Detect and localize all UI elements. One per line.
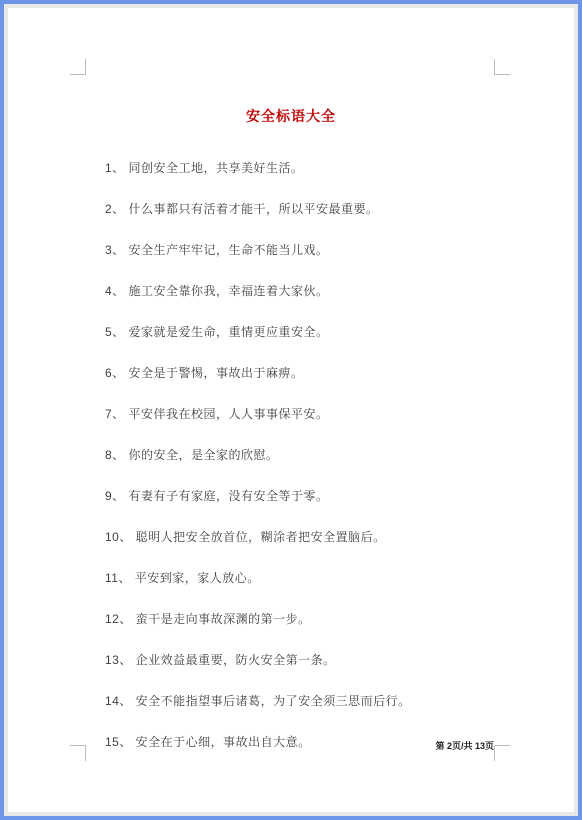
slogan-item-6: 6、 安全是于警惕，事故出于麻痹。 xyxy=(105,367,534,380)
slogan-item-10: 10、 聪明人把安全放首位，糊涂者把安全置脑后。 xyxy=(105,531,534,544)
slogan-item-13: 13、 企业效益最重要，防火安全第一条。 xyxy=(105,654,534,667)
slogan-item-4: 4、 施工安全靠你我，幸福连着大家伙。 xyxy=(105,285,534,298)
window-frame: 安全标语大全 1、 同创安全工地，共享美好生活。 2、 什么事都只有活着才能干，… xyxy=(0,0,582,820)
slogan-item-1: 1、 同创安全工地，共享美好生活。 xyxy=(105,162,534,175)
text-boundary-mark-top-left xyxy=(70,59,86,75)
slogan-item-3: 3、 安全生产牢牢记，生命不能当儿戏。 xyxy=(105,244,534,257)
slogan-list: 1、 同创安全工地，共享美好生活。 2、 什么事都只有活着才能干，所以平安最重要… xyxy=(8,162,574,749)
slogan-item-11: 11、 平安到家，家人放心。 xyxy=(105,572,534,585)
document-page[interactable]: 安全标语大全 1、 同创安全工地，共享美好生活。 2、 什么事都只有活着才能干，… xyxy=(8,8,574,812)
slogan-item-2: 2、 什么事都只有活着才能干，所以平安最重要。 xyxy=(105,203,534,216)
document-title: 安全标语大全 xyxy=(8,8,574,126)
text-boundary-mark-bottom-right xyxy=(494,745,510,761)
slogan-item-9: 9、 有妻有子有家庭，没有安全等于零。 xyxy=(105,490,534,503)
page-number-footer: 第 2页/共 13页 xyxy=(435,739,494,752)
text-boundary-mark-bottom-left xyxy=(70,745,86,761)
slogan-item-12: 12、 蛮干是走向事故深渊的第一步。 xyxy=(105,613,534,626)
slogan-item-5: 5、 爱家就是爱生命，重情更应重安全。 xyxy=(105,326,534,339)
slogan-item-7: 7、 平安伴我在校园，人人事事保平安。 xyxy=(105,408,534,421)
text-boundary-mark-top-right xyxy=(494,59,510,75)
slogan-item-8: 8、 你的安全，是全家的欣慰。 xyxy=(105,449,534,462)
slogan-item-14: 14、 安全不能指望事后诸葛，为了安全须三思而后行。 xyxy=(105,695,534,708)
